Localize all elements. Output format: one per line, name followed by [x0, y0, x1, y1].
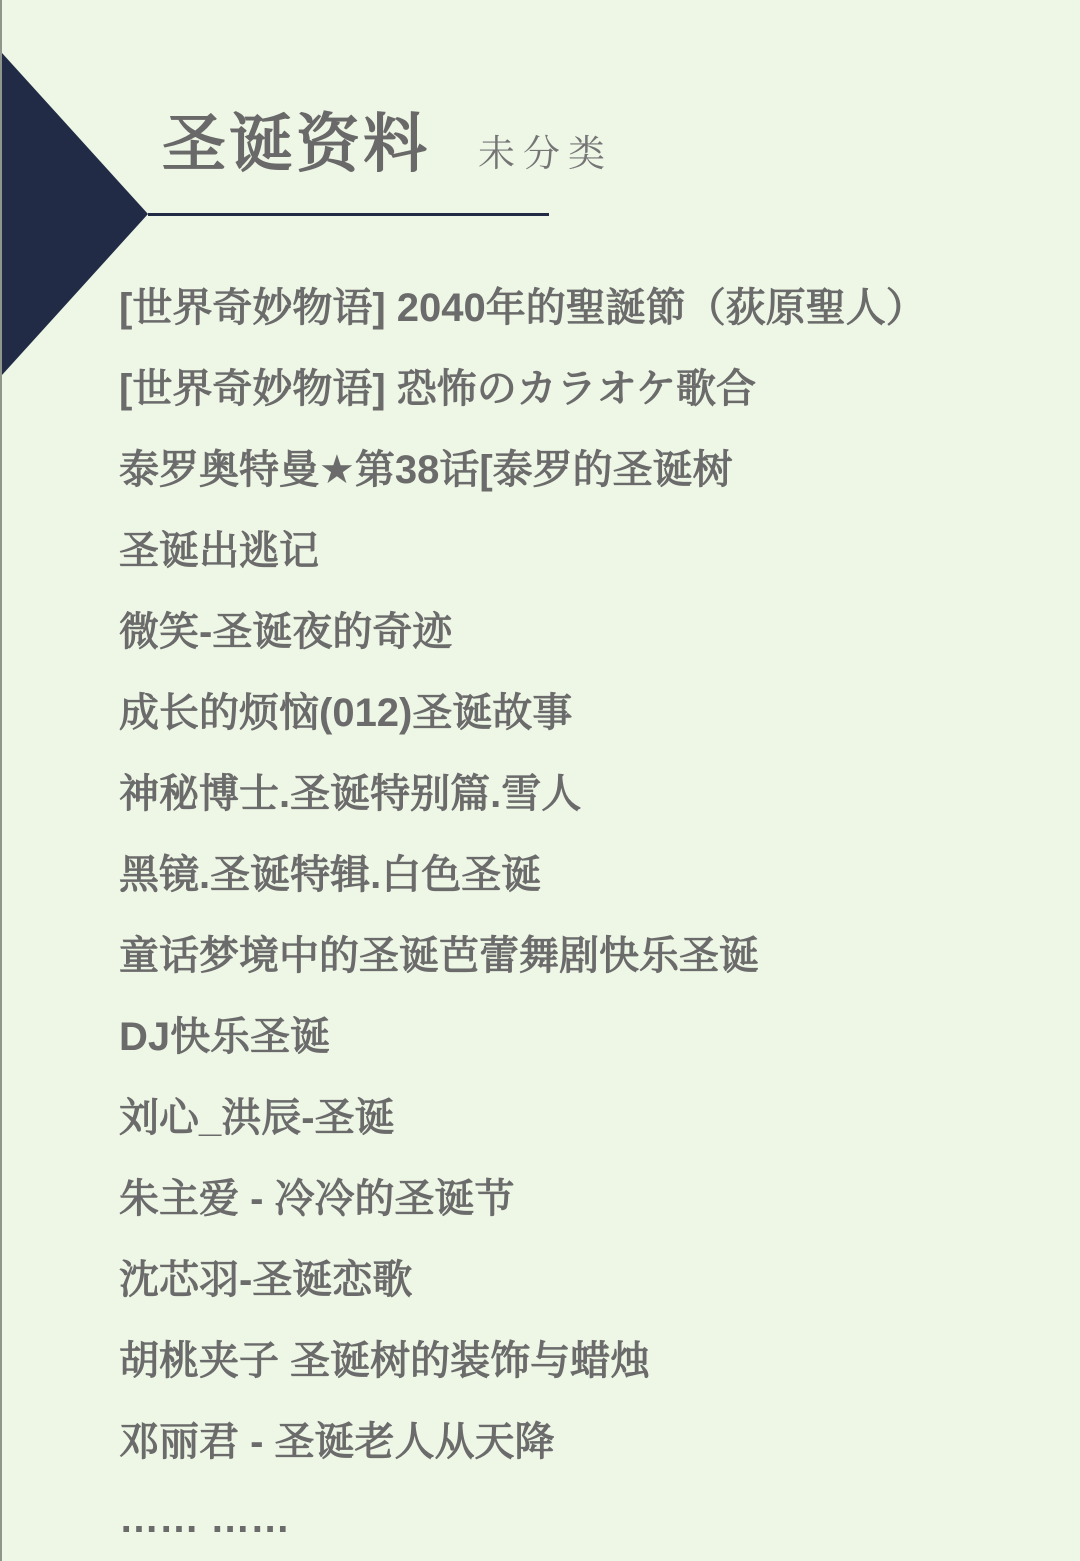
- list-item: [世界奇妙物语] 2040年的聖誕節（荻原聖人）: [119, 264, 1050, 345]
- list-item: 沈芯羽-圣诞恋歌: [119, 1236, 1050, 1317]
- material-list: [世界奇妙物语] 2040年的聖誕節（荻原聖人）[世界奇妙物语] 恐怖のカラオケ…: [119, 264, 1050, 1560]
- list-item-ellipsis: …… ……: [119, 1479, 1050, 1560]
- list-item: 黑镜.圣诞特辑.白色圣诞: [119, 831, 1050, 912]
- category-label: 未分类: [478, 123, 613, 177]
- list-item: 邓丽君 - 圣诞老人从天降: [119, 1398, 1050, 1479]
- list-item: DJ快乐圣诞: [119, 993, 1050, 1074]
- list-item: 朱主爱 - 冷冷的圣诞节: [119, 1155, 1050, 1236]
- list-item: 泰罗奥特曼★第38话[泰罗的圣诞树: [119, 426, 1050, 507]
- list-item: 刘心_洪辰-圣诞: [119, 1074, 1050, 1155]
- list-item: 成长的烦恼(012)圣诞故事: [119, 669, 1050, 750]
- page-header: 圣诞资料 未分类: [162, 106, 613, 182]
- list-item: 圣诞出逃记: [119, 507, 1050, 588]
- list-item: [世界奇妙物语] 恐怖のカラオケ歌合: [119, 345, 1050, 426]
- list-item: 胡桃夹子 圣诞树的装饰与蜡烛: [119, 1317, 1050, 1398]
- title-underline: [148, 213, 549, 216]
- page-title: 圣诞资料: [162, 106, 430, 182]
- list-item: 微笑-圣诞夜的奇迹: [119, 588, 1050, 669]
- list-item: 神秘博士.圣诞特别篇.雪人: [119, 750, 1050, 831]
- page: { "colors": { "background": "#eef7e6", "…: [0, 0, 1080, 1561]
- list-item: 童话梦境中的圣诞芭蕾舞剧快乐圣诞: [119, 912, 1050, 993]
